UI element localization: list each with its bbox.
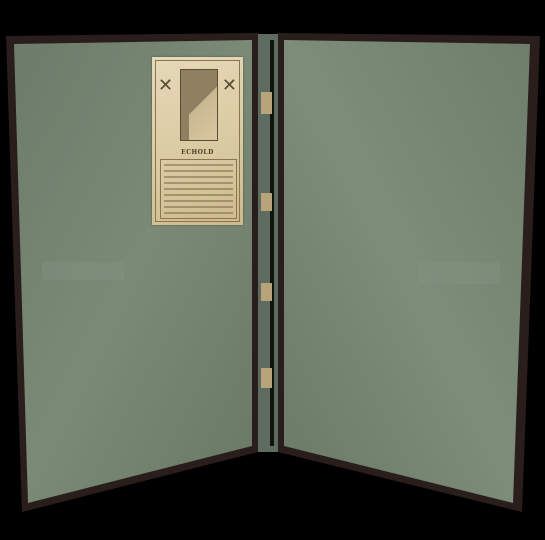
photo-scene: ✕ ✕ ECHOLD xyxy=(0,0,545,540)
label-header: ECHOLD xyxy=(158,149,237,156)
label-engraving: ✕ ✕ xyxy=(158,65,237,145)
stationer-label: ✕ ✕ ECHOLD xyxy=(152,57,243,225)
label-text-block xyxy=(160,159,237,219)
portfolio-illustration xyxy=(0,0,545,540)
